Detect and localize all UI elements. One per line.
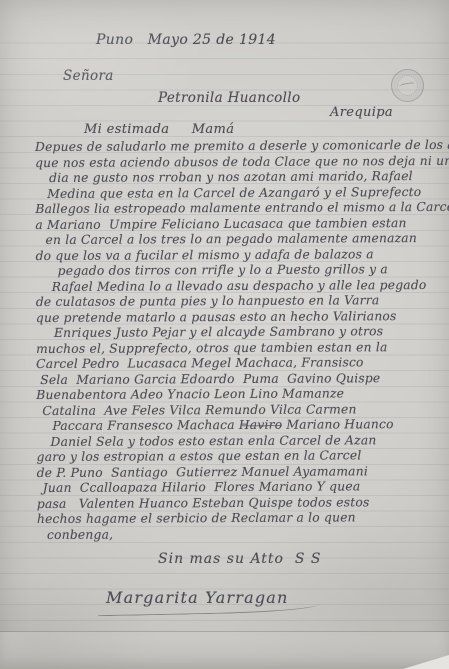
letter-line: de culatasos de punta pies y lo hanpuest…: [30, 293, 435, 311]
letter-line: Sela Mariano Garcia Edoardo Puma Gavino …: [30, 370, 435, 388]
letter-line: conbenga,: [31, 525, 436, 543]
letter-line: en la Carcel a los tres lo an pegado mal…: [29, 231, 434, 249]
addressee-name: Petronila Huancollo: [158, 90, 300, 106]
circular-stamp-icon: [391, 69, 424, 102]
letter-line: muchos el, Supprefecto, otros que tambie…: [30, 339, 435, 357]
letter-page: Puno Mayo 25 de 1914 Señora Petronila Hu…: [0, 0, 449, 669]
letter-line: dia ne gusto nos rroban y nos azotan ami…: [29, 169, 434, 187]
letter-line: pegado dos tirros con rrifle y lo a Pues…: [30, 262, 435, 280]
closing-line: Sin mas su Atto S S: [158, 551, 322, 567]
letter-line: Enriques Justo Pejar y el alcayde Sambra…: [30, 324, 435, 342]
signature: Margarita Yarragan: [106, 588, 289, 607]
date-line: Puno Mayo 25 de 1914: [96, 32, 276, 48]
letter-line: Daniel Sela y todos esto estan enla Carc…: [30, 432, 435, 450]
letter-line: Depues de saludarlo me premito a deserle…: [29, 138, 434, 156]
greeting-line: Mi estimada Mamá: [84, 122, 234, 137]
paper-bottom-edge: [0, 632, 449, 669]
letter-body: Depues de saludarlo me premito a deserle…: [29, 138, 436, 543]
destination-city: Arequipa: [330, 105, 393, 120]
salutation-line: Señora: [63, 68, 114, 84]
torn-corner: [403, 655, 449, 669]
letter-line: Paccara Fransesco Machaca H̶a̶v̶i̶r̶o̶ M…: [30, 417, 435, 435]
letter-line: Ballegos lia estropeado malamente entran…: [29, 200, 434, 218]
